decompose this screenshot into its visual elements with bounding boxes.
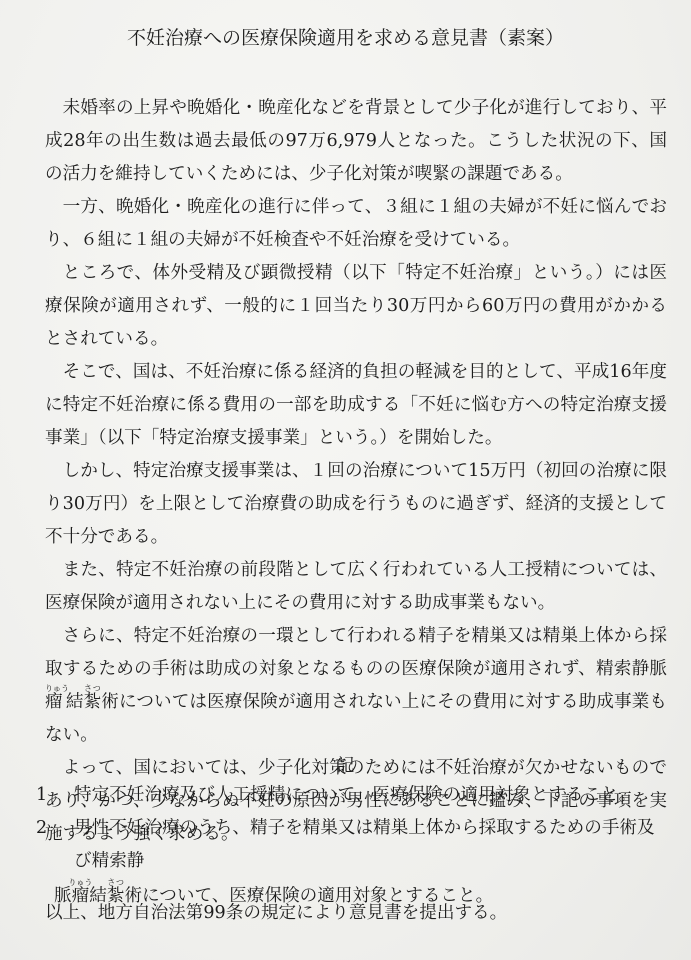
paragraph-7: さらに、特定不妊治療の一環として行われる精子を精巣又は精巣上体から採取するための… (45, 620, 667, 752)
paragraph-2: 一方、晩婚化・晩産化の進行に伴って、３組に１組の夫婦が不妊に悩んでおり、６組に１… (45, 191, 667, 257)
ruby-satsu: 紮さつ (84, 692, 102, 712)
closing-statement: 以上、地方自治法第99条の規定により意見書を提出する。 (45, 899, 507, 924)
ki-heading: 記 (0, 752, 691, 777)
paragraph-6: また、特定不妊治療の前段階として広く行われている人工授精については、医療保険が適… (45, 554, 667, 620)
item-text: 特定不妊治療及び人工授精について、医療保険の適用対象とすること。 (74, 779, 667, 812)
paragraph-5: しかし、特定治療支援事業は、１回の治療について15万円（初回の治療に限り30万円… (45, 455, 667, 554)
document-title: 不妊治療への医療保険適用を求める意見書（素案） (0, 23, 691, 50)
item-number: 2 (32, 812, 74, 878)
paragraph-3: ところで、体外受精及び顕微授精（以下「特定不妊治療」という。）には医療保険が適用… (45, 257, 667, 356)
request-item-2: 2 男性不妊治療のうち、精子を精巣又は精巣上体から採取するための手術及び精索静 (32, 812, 667, 878)
paragraph-1: 未婚率の上昇や晩婚化・晩産化などを背景として少子化が進行しており、平成28年の出… (45, 92, 667, 191)
item-number: 1 (32, 779, 74, 812)
document-body: 未婚率の上昇や晩婚化・晩産化などを背景として少子化が進行しており、平成28年の出… (45, 92, 667, 851)
paragraph-4: そこで、国は、不妊治療に係る経済的負担の軽減を目的として、平成16年度に特定不妊… (45, 356, 667, 455)
item-text: 男性不妊治療のうち、精子を精巣又は精巣上体から採取するための手術及び精索静 (74, 812, 667, 878)
scanned-page: 不妊治療への医療保険適用を求める意見書（素案） 未婚率の上昇や晩婚化・晩産化など… (0, 0, 691, 960)
request-item-1: 1 特定不妊治療及び人工授精について、医療保険の適用対象とすること。 (32, 779, 667, 812)
request-items: 1 特定不妊治療及び人工授精について、医療保険の適用対象とすること。 2 男性不… (32, 779, 667, 913)
ruby-ryu: 瘤りゅう (45, 692, 66, 712)
